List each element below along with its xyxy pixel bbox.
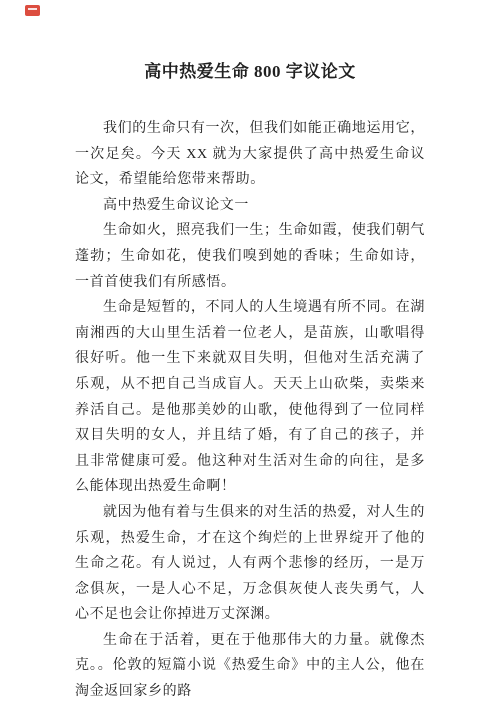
paragraph: 我们的生命只有一次，但我们如能正确地运用它，一次足矣。今天 XX 就为大家提供了…: [75, 116, 425, 193]
document-title: 高中热爱生命 800 字议论文: [0, 0, 500, 84]
paragraph: 高中热爱生命议论文一: [75, 193, 425, 219]
paragraph: 生命是短暂的，不同人的人生境遇有所不同。在湖南湘西的大山里生活着一位老人，是苗族…: [75, 295, 425, 500]
red-watermark-icon: [25, 5, 40, 16]
document-body: 我们的生命只有一次，但我们如能正确地运用它，一次足矣。今天 XX 就为大家提供了…: [75, 116, 425, 705]
document-page: 高中热爱生命 800 字议论文 我们的生命只有一次，但我们如能正确地运用它，一次…: [0, 0, 500, 707]
paragraph: 生命在于活着，更在于他那伟大的力量。就像杰克。。伦敦的短篇小说《热爱生命》中的主…: [75, 628, 425, 705]
paragraph: 生命如火，照亮我们一生；生命如霞，使我们朝气蓬勃；生命如花，使我们嗅到她的香味；…: [75, 218, 425, 295]
paragraph: 就因为他有着与生俱来的对生活的热爱，对人生的乐观，热爱生命，才在这个绚烂的上世界…: [75, 500, 425, 628]
